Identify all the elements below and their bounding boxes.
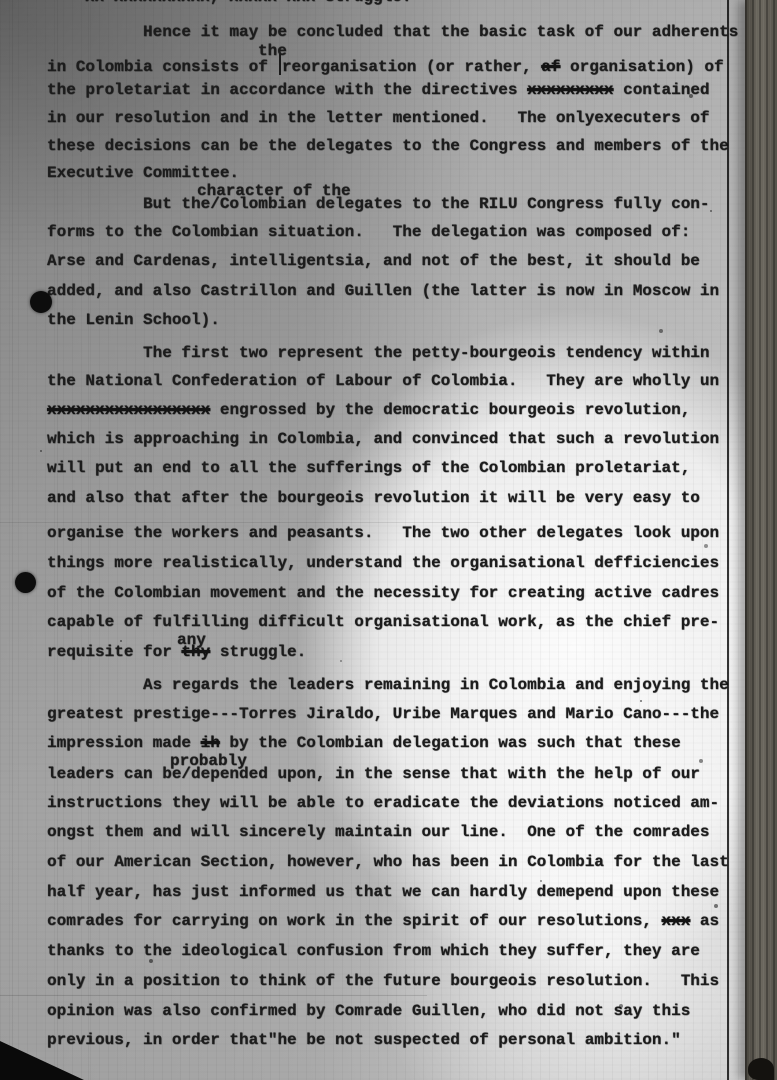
text-line: comrades for carrying on work in the spi… <box>47 913 719 929</box>
text-line: impression made ih by the Colombian dele… <box>47 735 681 751</box>
text-line: The first two represent the petty-bourge… <box>143 345 710 361</box>
text-line: of our American Section, however, who ha… <box>47 854 729 870</box>
insertion-caret-mark <box>279 54 281 75</box>
hole-punch-dot-2 <box>15 572 36 593</box>
struck-out-text: af <box>541 58 560 76</box>
text-line: the Lenin School). <box>47 312 220 328</box>
text-line: these decisions can be the delegates to … <box>47 138 729 154</box>
text-line: which is approaching in Colombia, and co… <box>47 431 719 447</box>
text-line: and also that after the bourgeois revolu… <box>47 490 700 506</box>
text-line: Arse and Cardenas, intelligentsia, and n… <box>47 253 700 269</box>
text-line: opinion was also confirmed by Comrade Gu… <box>47 1003 690 1019</box>
text-line: As regards the leaders remaining in Colo… <box>143 677 729 693</box>
text-line: forms to the Colombian situation. The de… <box>47 224 690 240</box>
text-line: xxxxxxxxxxxxxxxxx engrossed by the democ… <box>47 402 690 418</box>
text-line: Hence it may be concluded that the basic… <box>143 24 738 40</box>
hole-punch-dot-1 <box>30 291 52 313</box>
struck-out-text: xxx <box>662 912 691 930</box>
text-line: in our resolution and in the letter ment… <box>47 110 710 126</box>
struck-out-text: xxxxxxxxx <box>527 81 613 99</box>
text-line: instructions they will be able to eradic… <box>47 795 719 811</box>
dust-specks <box>0 0 2 2</box>
text-line: ongst them and will sincerely maintain o… <box>47 824 710 840</box>
text-line: previous, in order that"he be not suspec… <box>47 1032 681 1048</box>
text-line: will put an end to all the sufferings of… <box>47 460 690 476</box>
text-line: of the Colombian movement and the necess… <box>47 585 719 601</box>
text-line: in Colombia consists of reorganisation (… <box>47 54 724 75</box>
text-line: the National Confederation of Labour of … <box>47 373 719 389</box>
clipped-top-line: xx xxxxxxxxxx, xxxxx xxx struggle. <box>85 0 411 5</box>
text-line: the proletariat in accordance with the d… <box>47 82 710 98</box>
struck-out-text: thy <box>181 643 210 661</box>
text-line: But the/Colombian delegates to the RILU … <box>143 196 710 212</box>
typed-text-layer: xx xxxxxxxxxx, xxxxx xxx struggle.Hence … <box>0 0 777 1080</box>
page-edge-line <box>727 0 729 1080</box>
text-line: organise the workers and peasants. The t… <box>47 525 719 541</box>
struck-out-text: xxxxxxxxxxxxxxxxx <box>47 401 210 419</box>
text-line: thanks to the ideological confusion from… <box>47 943 700 959</box>
text-line: requisite for thy struggle. <box>47 644 306 660</box>
text-line: capable of fulfilling difficult organisa… <box>47 614 719 630</box>
scanned-document-page: xx xxxxxxxxxx, xxxxx xxx struggle.Hence … <box>0 0 777 1080</box>
text-line: greatest prestige---Torres Jiraldo, Urib… <box>47 706 719 722</box>
text-line: half year, has just informed us that we … <box>47 884 719 900</box>
text-line: things more realistically, understand th… <box>47 555 719 571</box>
text-line: only in a position to think of the futur… <box>47 973 719 989</box>
text-line: Executive Committee. <box>47 165 239 181</box>
struck-out-text: ih <box>201 734 220 752</box>
text-line: leaders can be/depended upon, in the sen… <box>47 766 700 782</box>
page-edge-band <box>745 0 777 1080</box>
page-edge-blob <box>748 1058 774 1080</box>
text-line: added, and also Castrillon and Guillen (… <box>47 283 719 299</box>
